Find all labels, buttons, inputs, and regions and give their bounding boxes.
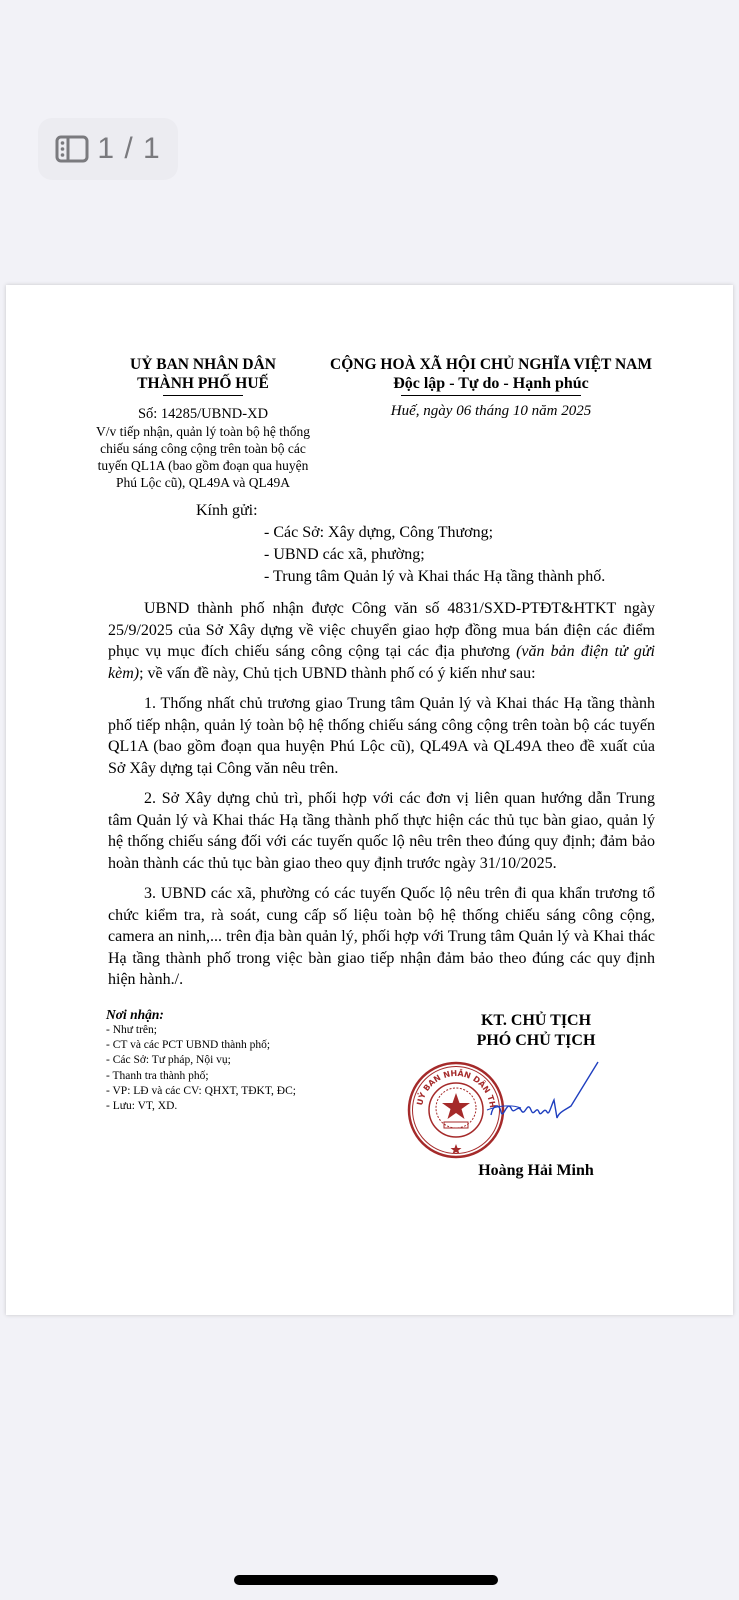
sidebar-icon	[55, 135, 89, 163]
subject-line: tuyến QL1A (bao gồm đoạn qua huyện	[78, 457, 328, 474]
distribution-title: Nơi nhận:	[106, 1007, 346, 1023]
page-indicator[interactable]: 1 / 1	[38, 118, 178, 180]
signer-name: Hoàng Hải Minh	[436, 1162, 636, 1180]
document-number: Số: 14285/UBND-XD	[78, 406, 328, 423]
recipient-item: - UBND các xã, phường;	[196, 544, 605, 566]
signature-line1: KT. CHỦ TỊCH	[436, 1011, 636, 1031]
document-body: UBND thành phố nhận được Công văn số 483…	[108, 598, 655, 1000]
home-indicator[interactable]	[234, 1575, 498, 1585]
distribution-item: - VP: LĐ và các CV: QHXT, TĐKT, ĐC;	[106, 1084, 346, 1099]
recipient-item: - Các Sở: Xây dựng, Công Thương;	[196, 522, 605, 544]
recipients: Kính gửi: - Các Sở: Xây dựng, Công Thươn…	[196, 500, 605, 588]
distribution-item: - Như trên;	[106, 1023, 346, 1038]
point-3: 3. UBND các xã, phường có các tuyến Quốc…	[108, 883, 655, 991]
point-1: 1. Thống nhất chủ trương giao Trung tâm …	[108, 693, 655, 779]
document-page: UỶ BAN NHÂN DÂN THÀNH PHỐ HUẾ Số: 14285/…	[6, 285, 733, 1315]
place-date: Huế, ngày 06 tháng 10 năm 2025	[316, 402, 666, 420]
subject-line: V/v tiếp nhận, quản lý toàn bộ hệ thống	[78, 423, 328, 440]
issuer-header: UỶ BAN NHÂN DÂN THÀNH PHỐ HUẾ Số: 14285/…	[78, 355, 328, 491]
intro-paragraph: UBND thành phố nhận được Công văn số 483…	[108, 598, 655, 684]
distribution-item: - Các Sở: Tư pháp, Nội vụ;	[106, 1053, 346, 1068]
subject-line: Phú Lộc cũ), QL49A và QL49A	[78, 474, 328, 491]
issuer-org-line2: THÀNH PHỐ HUẾ	[78, 374, 328, 393]
signature-title: KT. CHỦ TỊCH PHÓ CHỦ TỊCH	[436, 1011, 636, 1051]
nation-title: CỘNG HOÀ XÃ HỘI CHỦ NGHĨA VIỆT NAM	[316, 355, 666, 374]
subject-line: chiếu sáng công cộng trên toàn bộ các	[78, 440, 328, 457]
issuer-org-line1: UỶ BAN NHÂN DÂN	[78, 355, 328, 374]
national-header: CỘNG HOÀ XÃ HỘI CHỦ NGHĨA VIỆT NAM Độc l…	[316, 355, 666, 420]
distribution-item: - Thanh tra thành phố;	[106, 1069, 346, 1084]
issuer-divider	[163, 395, 243, 396]
point-2: 2. Sở Xây dựng chủ trì, phối hợp với các…	[108, 788, 655, 874]
motto-divider	[401, 395, 581, 396]
distribution-list: Nơi nhận: - Như trên; - CT và các PCT UB…	[106, 1007, 346, 1114]
handwritten-signature-icon	[461, 1060, 611, 1145]
recipient-item: - Trung tâm Quản lý và Khai thác Hạ tầng…	[196, 566, 605, 588]
recipients-label: Kính gửi:	[196, 500, 605, 522]
national-motto: Độc lập - Tự do - Hạnh phúc	[316, 374, 666, 394]
page-count: 1 / 1	[97, 132, 160, 166]
intro-text-end: ; về vấn đề này, Chủ tịch UBND thành phố…	[139, 665, 535, 682]
distribution-item: - Lưu: VT, XD.	[106, 1099, 346, 1114]
signature-line2: PHÓ CHỦ TỊCH	[436, 1031, 636, 1051]
distribution-item: - CT và các PCT UBND thành phố;	[106, 1038, 346, 1053]
